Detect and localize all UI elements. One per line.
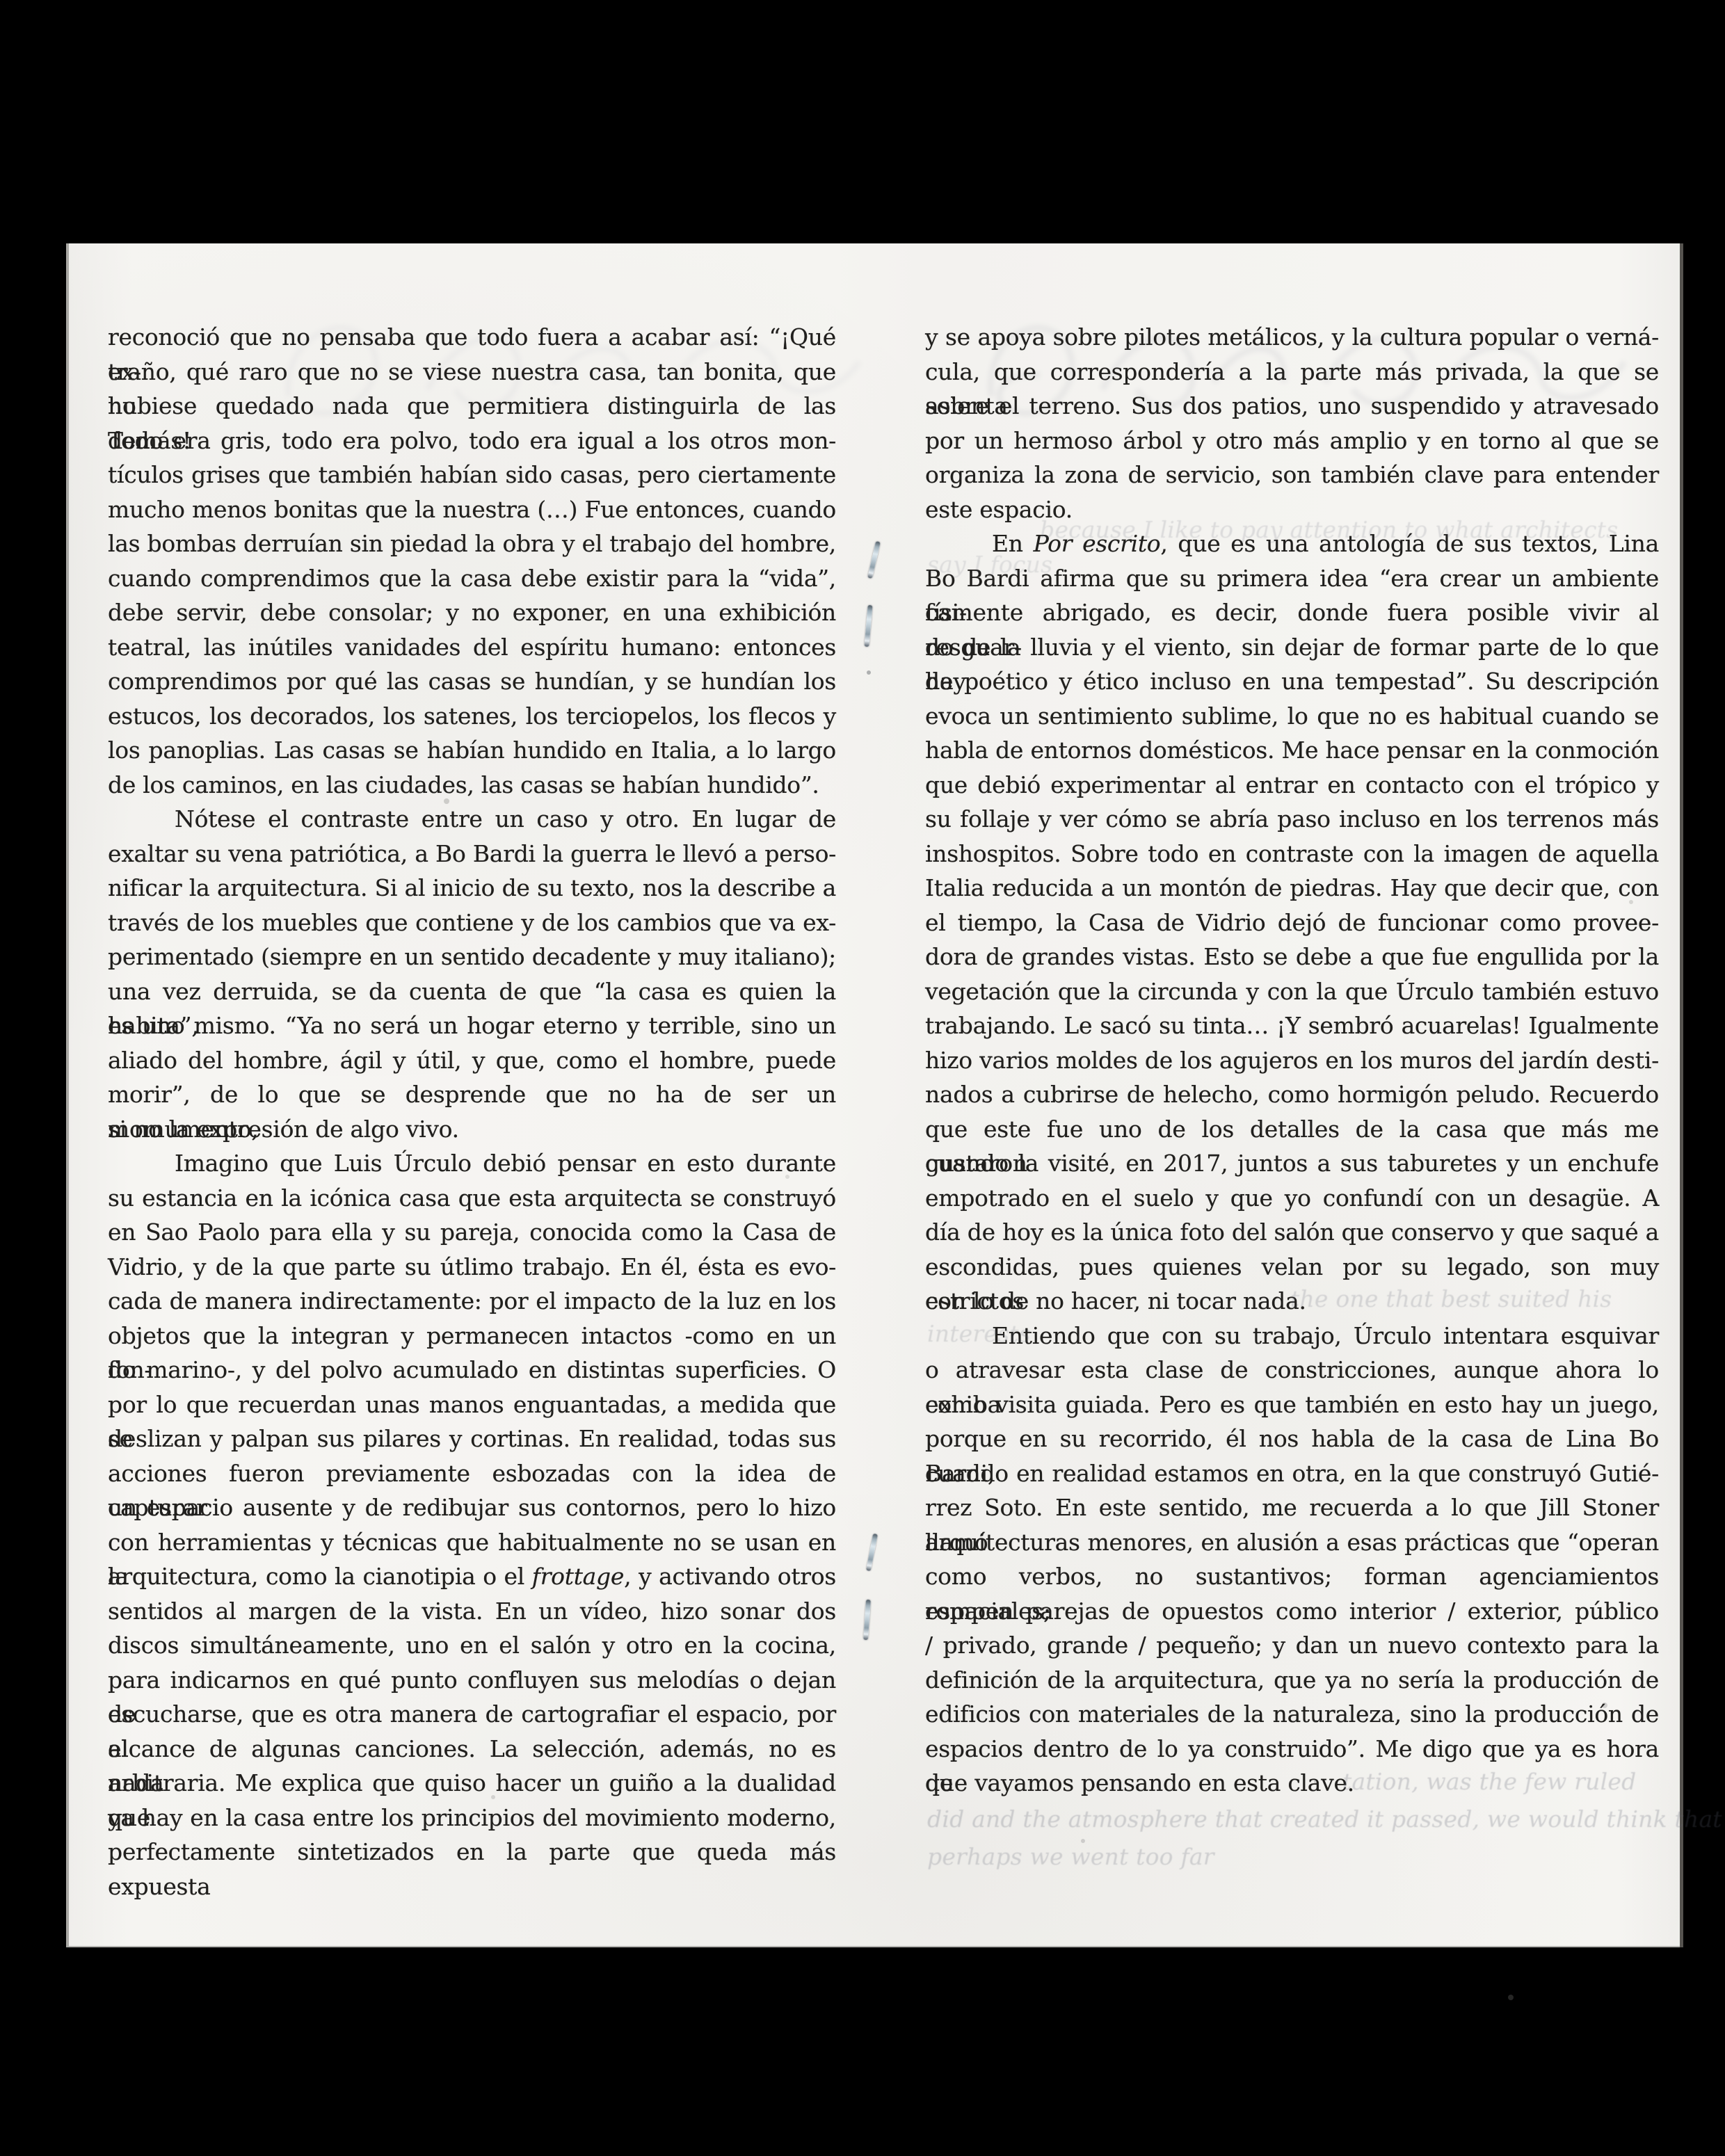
text-line: cada de manera indirectamente: por el im… (108, 1284, 836, 1319)
text-line: perimentado (siempre en un sentido decad… (108, 940, 836, 974)
text-line: inshospitos. Sobre todo en contraste con… (925, 837, 1659, 871)
text-line: traño, qué raro que no se viese nuestra … (108, 355, 836, 389)
text-line: sobre el terreno. Sus dos patios, uno su… (925, 389, 1659, 424)
text-line: alcance de algunas canciones. La selecci… (108, 1732, 836, 1767)
text-line: camente abrigado, es decir, donde fuera … (925, 595, 1659, 630)
text-line: arquitectura, como la cianotipia o el fr… (108, 1559, 836, 1594)
text-line: de poético y ético incluso en una tempes… (925, 664, 1659, 699)
text-line: cuando la visité, en 2017, juntos a sus … (925, 1146, 1659, 1181)
text-line: definición de la arquitectura, que ya no… (925, 1663, 1659, 1698)
text-line: dora de grandes vistas. Esto se debe a q… (925, 940, 1659, 974)
text-line: y se apoya sobre pilotes metálicos, y la… (925, 320, 1659, 355)
text-line: escucharse, que es otra manera de cartog… (108, 1697, 836, 1732)
text-line: reconoció que no pensaba que todo fuera … (108, 320, 836, 355)
text-line: nificar la arquitectura. Si al inicio de… (108, 871, 836, 906)
text-line: una vez derruida, se da cuenta de que “l… (108, 974, 836, 1009)
text-line: espacios dentro de lo ya construido”. Me… (925, 1732, 1659, 1767)
left-column-text: reconoció que no pensaba que todo fuera … (108, 320, 836, 1869)
text-line: por un hermoso árbol y otro más amplio y… (925, 424, 1659, 458)
text-line: acciones fueron previamente esbozadas co… (108, 1456, 836, 1491)
text-line: cuando en realidad estamos en otra, en l… (925, 1456, 1659, 1491)
text-line: su follaje y ver cómo se abría paso incl… (925, 802, 1659, 837)
text-line: aliado del hombre, ágil y útil, y que, c… (108, 1043, 836, 1078)
text-line: través de los muebles que contiene y de … (108, 906, 836, 940)
text-line: edificios con materiales de la naturalez… (925, 1697, 1659, 1732)
text-line: cuando comprendimos que la casa debe exi… (108, 561, 836, 596)
text-line: rompen parejas de opuestos como interior… (925, 1594, 1659, 1629)
staple (864, 605, 872, 647)
text-line: empotrado en el suelo y que yo confundí … (925, 1181, 1659, 1216)
text-line: que este fue uno de los detalles de la c… (925, 1112, 1659, 1147)
text-line: rrez Soto. En este sentido, me recuerda … (925, 1490, 1659, 1525)
show-through-text: interests (927, 1320, 1031, 1347)
paper-specks (66, 243, 69, 246)
text-line: su estancia en la icónica casa que esta … (108, 1181, 836, 1216)
text-line: de los caminos, en las ciudades, las cas… (108, 768, 836, 803)
text-line: vegetación que la circunda y con la que … (925, 974, 1659, 1009)
text-line: hizo varios moldes de los agujeros en lo… (925, 1043, 1659, 1078)
text-line: debe servir, debe consolar; y no exponer… (108, 595, 836, 630)
text-line: hubiese quedado nada que permitiera dist… (108, 389, 836, 424)
text-line: las bombas derruían sin piedad la obra y… (108, 526, 836, 561)
staple (863, 1600, 871, 1640)
text-line: estucos, los decorados, los satenes, los… (108, 699, 836, 734)
text-line: objetos que la integran y permanecen int… (108, 1319, 836, 1353)
text-line: arbitraria. Me explica que quiso hacer u… (108, 1766, 836, 1801)
text-line: Imagino que Luis Úrculo debió pensar en … (108, 1146, 836, 1181)
text-line: exaltar su vena patriótica, a Bo Bardi l… (108, 837, 836, 871)
text-line: como verbos, no sustantivos; forman agen… (925, 1559, 1659, 1594)
text-line: si no la expresión de algo vivo. (108, 1112, 836, 1147)
show-through-text: tation, was the few ruled (1342, 1768, 1636, 1795)
text-line: Nótese el contraste entre un caso y otro… (108, 802, 836, 837)
text-line: / privado, grande / pequeño; y dan un nu… (925, 1628, 1659, 1663)
text-line: Vidrio, y de la que parte su útlimo trab… (108, 1250, 836, 1285)
text-line: Todo era gris, todo era polvo, todo era … (108, 424, 836, 458)
text-line: habla de entornos domésticos. Me hace pe… (925, 733, 1659, 768)
text-line: como visita guiada. Pero es que también … (925, 1387, 1659, 1422)
text-line: o atravesar esta clase de constricciones… (925, 1353, 1659, 1387)
book-scan: reconoció que no pensaba que todo fuera … (0, 0, 1725, 2156)
text-line: los panoplias. Las casas se habían hundi… (108, 733, 836, 768)
text-line: trabajando. Le sacó su tinta… ¡Y sembró … (925, 1008, 1659, 1043)
text-line: perfectamente sintetizados en la parte q… (108, 1835, 836, 1869)
text-line: evoca un sentimiento sublime, lo que no … (925, 699, 1659, 734)
text-line: porque en su recorrido, él nos habla de … (925, 1422, 1659, 1456)
text-line: do de la lluvia y el viento, sin dejar d… (925, 630, 1659, 665)
text-line: día de hoy es la única foto del salón qu… (925, 1215, 1659, 1250)
show-through-text: the one that best suited his (1290, 1285, 1612, 1312)
text-line: comprendimos por qué las casas se hundía… (108, 664, 836, 699)
text-line: por lo que recuerdan unas manos enguanta… (108, 1387, 836, 1422)
staple (867, 541, 881, 579)
text-line: para indicarnos en qué punto confluyen s… (108, 1663, 836, 1698)
text-line: cula, que correspondería a la parte más … (925, 355, 1659, 389)
text-line: ya hay en la casa entre los principios d… (108, 1801, 836, 1835)
text-line: do marino-, y del polvo acumulado en dis… (108, 1353, 836, 1387)
text-line: con herramientas y técnicas que habitual… (108, 1525, 836, 1560)
show-through-text: because I like to pay attention to what … (1040, 516, 1618, 543)
text-line: deslizan y palpan sus pilares y cortinas… (108, 1422, 836, 1456)
text-line: un espacio ausente y de redibujar sus co… (108, 1490, 836, 1525)
show-through-text: perhaps we went too far (927, 1843, 1214, 1870)
text-line: organiza la zona de servicio, son tambié… (925, 458, 1659, 492)
text-line: morir”, de lo que se desprende que no ha… (108, 1077, 836, 1112)
show-through-text: say I focus (927, 551, 1052, 578)
staple (866, 1534, 878, 1571)
text-line: es uno mismo. “Ya no será un hogar etern… (108, 1008, 836, 1043)
text-line: que debió experimentar al entrar en cont… (925, 768, 1659, 803)
text-line: sentidos al margen de la vista. En un ví… (108, 1594, 836, 1629)
text-line: nados a cubrirse de helecho, como hormig… (925, 1077, 1659, 1112)
text-line: discos simultáneamente, uno en el salón … (108, 1628, 836, 1663)
text-line: el tiempo, la Casa de Vidrio dejó de fun… (925, 906, 1659, 940)
text-line: arquitecturas menores, en alusión a esas… (925, 1525, 1659, 1560)
text-line: Italia reducida a un montón de piedras. … (925, 871, 1659, 906)
text-line: tículos grises que también habían sido c… (108, 458, 836, 492)
text-line: mucho menos bonitas que la nuestra (…) F… (108, 492, 836, 527)
show-through-text: did and the atmosphere that created it p… (927, 1805, 1722, 1833)
page: reconoció que no pensaba que todo fuera … (66, 243, 1683, 1947)
text-line: escondidas, pues quienes velan por su le… (925, 1250, 1659, 1285)
text-line: Entiendo que con su trabajo, Úrculo inte… (925, 1319, 1659, 1353)
text-line: en Sao Paolo para ella y su pareja, cono… (108, 1215, 836, 1250)
text-line: teatral, las inútiles vanidades del espí… (108, 630, 836, 665)
